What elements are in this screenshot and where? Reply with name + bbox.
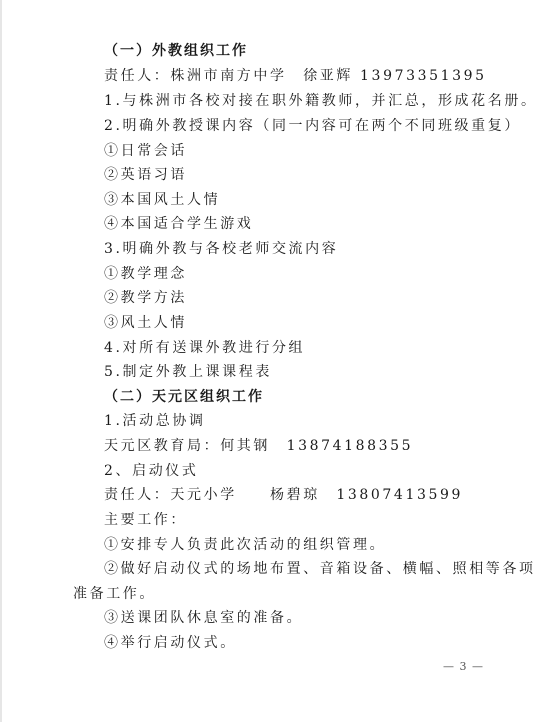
sub-item: ①安排专人负责此次活动的组织管理。	[104, 536, 386, 554]
contact-line: 天元区教育局：何其钢 13874188355	[104, 437, 413, 455]
sub-item: ②做好启动仪式的场地布置、音箱设备、横幅、照相等各项	[104, 560, 536, 578]
task-item-1: 1.活动总协调	[104, 412, 206, 430]
sub-item: ②教学方法	[104, 289, 187, 307]
task-item-5: 5.制定外教上课课程表	[104, 363, 272, 381]
page-number: — 3 —	[443, 660, 484, 673]
sub-item: ④本国适合学生游戏	[104, 215, 253, 233]
page-edge	[0, 0, 2, 722]
sub-item: ③送课团队休息室的准备。	[104, 609, 303, 627]
sub-item: ③本国风土人情	[104, 191, 220, 209]
sub-item: ①日常会话	[104, 142, 187, 160]
task-item-2: 2.明确外教授课内容（同一内容可在两个不同班级重复）	[104, 117, 521, 135]
task-item-4: 4.对所有送课外教进行分组	[104, 339, 305, 357]
task-item-1: 1.与株洲市各校对接在职外籍教师，并汇总，形成花名册。	[104, 92, 538, 110]
sub-item-continuation: 准备工作。	[73, 585, 156, 603]
section-heading-foreign-teachers: （一）外教组织工作	[104, 42, 248, 60]
task-item-3: 3.明确外教与各校老师交流内容	[104, 240, 338, 258]
section-heading-tianyuan: （二）天元区组织工作	[104, 388, 264, 406]
responsible-person-line: 责任人：株洲市南方中学 徐亚辉 13973351395	[104, 67, 487, 85]
sub-item: ②英语习语	[104, 166, 187, 184]
sub-item: ①教学理念	[104, 265, 187, 283]
main-work-label: 主要工作：	[104, 511, 187, 529]
sub-item: ④举行启动仪式。	[104, 634, 237, 652]
responsible-person-line: 责任人：天元小学 杨碧琼 13807413599	[104, 486, 463, 504]
task-item-2: 2、启动仪式	[104, 462, 199, 480]
sub-item: ③风土人情	[104, 314, 187, 332]
